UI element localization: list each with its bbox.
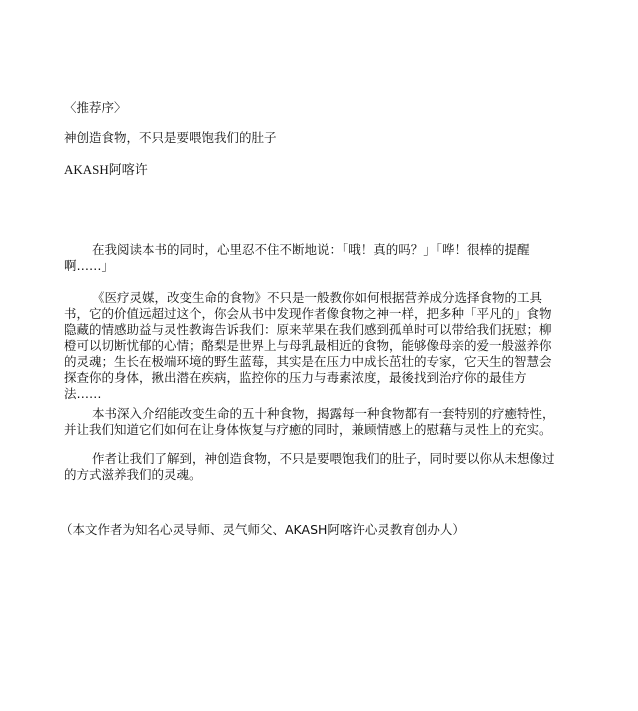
paragraph-line: 啊……」 — [64, 258, 584, 274]
paragraph-line: 的灵魂；生长在极端环境的野生蓝莓，其实是在压力中成长茁壮的专家，它天生的智慧会 — [64, 354, 584, 370]
document-page: 〈推荐序〉 神创造食物，不只是要喂饱我们的肚子 AKASH阿喀许 在我阅读本书的… — [0, 0, 638, 711]
paragraph-line: 的方式滋养我们的灵魂。 — [64, 467, 584, 483]
paragraph-2: 《医疗灵媒，改变生命的食物》不只是一般教你如何根据营养成分选择食物的工具 书，它… — [64, 290, 584, 402]
paragraph-line: 书，它的价值远超过这个，你会从书中发现作者像食物之神一样，把多种「平凡的」食物 — [64, 306, 584, 322]
paragraph-line: 作者让我们了解到，神创造食物，不只是要喂饱我们的肚子，同时要以你从未想像过 — [64, 451, 584, 467]
paragraph-line: 法…… — [64, 386, 584, 402]
paragraph-line: 橙可以切断忧郁的心情；酪梨是世界上与母乳最相近的食物，能够像母亲的爱一般滋养你 — [64, 338, 584, 354]
paragraph-4: 作者让我们了解到，神创造食物，不只是要喂饱我们的肚子，同时要以你从未想像过 的方… — [64, 451, 584, 483]
paragraph-line: 并让我们知道它们如何在让身体恢复与疗癒的同时，兼顾情感上的慰藉与灵性上的充实。 — [64, 422, 584, 438]
author-footnote: （本文作者为知名心灵导师、灵气师父、AKASH阿喀许心灵教育创办人） — [60, 522, 465, 538]
paragraph-line: 隐藏的情感助益与灵性教诲告诉我们：原来苹果在我们感到孤单时可以带给我们抚慰；柳 — [64, 322, 584, 338]
document-title: 神创造食物，不只是要喂饱我们的肚子 — [64, 130, 277, 146]
section-label: 〈推荐序〉 — [64, 100, 127, 116]
paragraph-line: 在我阅读本书的同时，心里忍不住不断地说：「哦！真的吗？」「哗！很棒的提醒 — [64, 242, 584, 258]
paragraph-line: 《医疗灵媒，改变生命的食物》不只是一般教你如何根据营养成分选择食物的工具 — [64, 290, 584, 306]
paragraph-3: 本书深入介绍能改变生命的五十种食物，揭露每一种食物都有一套特别的疗癒特性， 并让… — [64, 406, 584, 438]
paragraph-line: 探查你的身体，揪出潜在疾病，监控你的压力与毒素浓度，最後找到治疗你的最佳方 — [64, 370, 584, 386]
paragraph-line: 本书深入介绍能改变生命的五十种食物，揭露每一种食物都有一套特别的疗癒特性， — [64, 406, 584, 422]
author-name: AKASH阿喀许 — [64, 162, 148, 178]
paragraph-1: 在我阅读本书的同时，心里忍不住不断地说：「哦！真的吗？」「哗！很棒的提醒 啊……… — [64, 242, 584, 274]
